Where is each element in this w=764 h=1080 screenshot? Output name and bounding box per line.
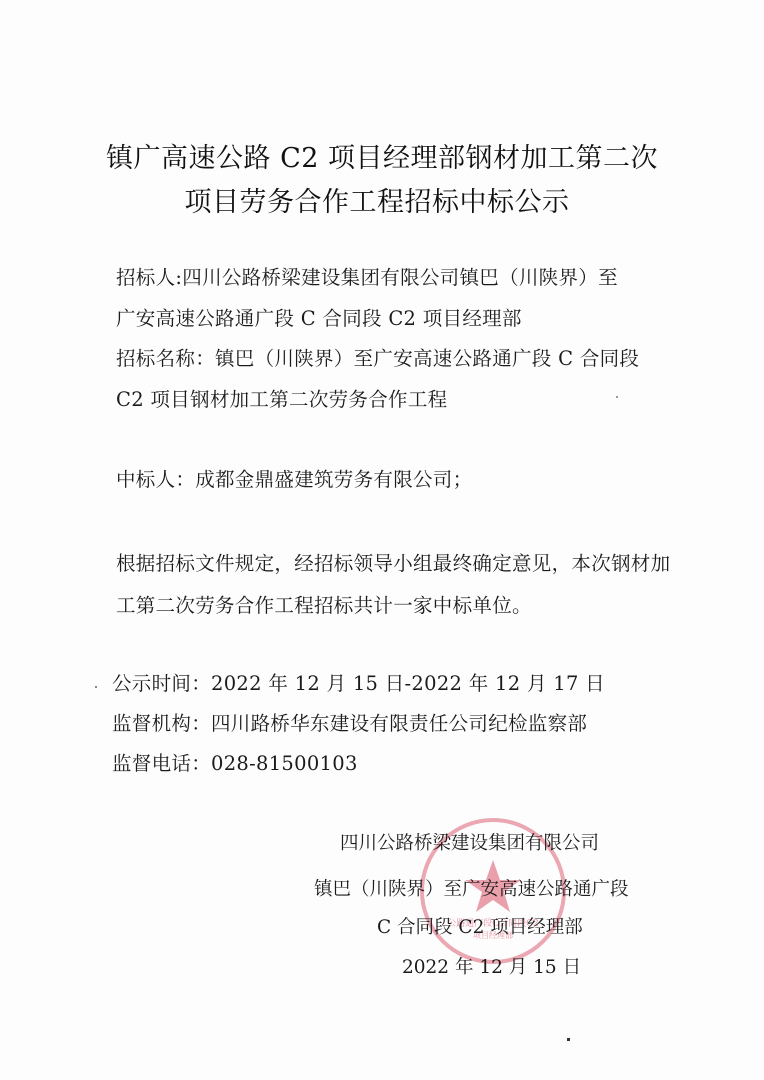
scan-speck xyxy=(567,1038,570,1041)
signature-company: 四川公路桥梁建设集团有限公司 xyxy=(340,829,599,855)
signature-section-line-1: 镇巴（川陕界）至广安高速公路通广段 xyxy=(314,875,629,901)
scanned-document-page: 镇广高速公路 C2 项目经理部钢材加工第二次 项目劳务合作工程招标中标公示 招标… xyxy=(0,0,764,1080)
tender-name-line-1: 招标名称：镇巴（川陕界）至广安高速公路通广段 C 合同段 xyxy=(116,343,639,371)
statement-line-1: 根据招标文件规定，经招标领导小组最终确定意见，本次钢材加 xyxy=(116,548,670,576)
document-title-line-1: 镇广高速公路 C2 项目经理部钢材加工第二次 xyxy=(0,136,764,175)
tender-name-line-2: C2 项目钢材加工第二次劳务合作工程 xyxy=(116,384,447,412)
publicity-period: 公示时间：2022 年 12 月 15 日-2022 年 12 月 17 日 xyxy=(112,668,605,696)
tenderer-line-2: 广安高速公路通广段 C 合同段 C2 项目经理部 xyxy=(116,303,522,331)
document-title-line-2: 项目劳务合作工程招标中标公示 xyxy=(0,180,759,219)
scan-speck xyxy=(616,396,618,398)
scan-speck xyxy=(95,686,97,688)
supervisor-organization: 监督机构：四川路桥华东建设有限责任公司纪检监察部 xyxy=(112,708,587,736)
winning-bidder: 中标人：成都金鼎盛建筑劳务有限公司； xyxy=(116,464,472,492)
supervisor-phone: 监督电话：028-81500103 xyxy=(112,748,358,776)
signature-section-line-2: C 合同段 C2 项目经理部 xyxy=(377,913,583,939)
tenderer-line-1: 招标人:四川公路桥梁建设集团有限公司镇巴（川陕界）至 xyxy=(116,262,618,290)
statement-line-2: 工第二次劳务合作工程招标共计一家中标单位。 xyxy=(116,590,532,618)
signature-date: 2022 年 12 月 15 日 xyxy=(402,953,581,979)
